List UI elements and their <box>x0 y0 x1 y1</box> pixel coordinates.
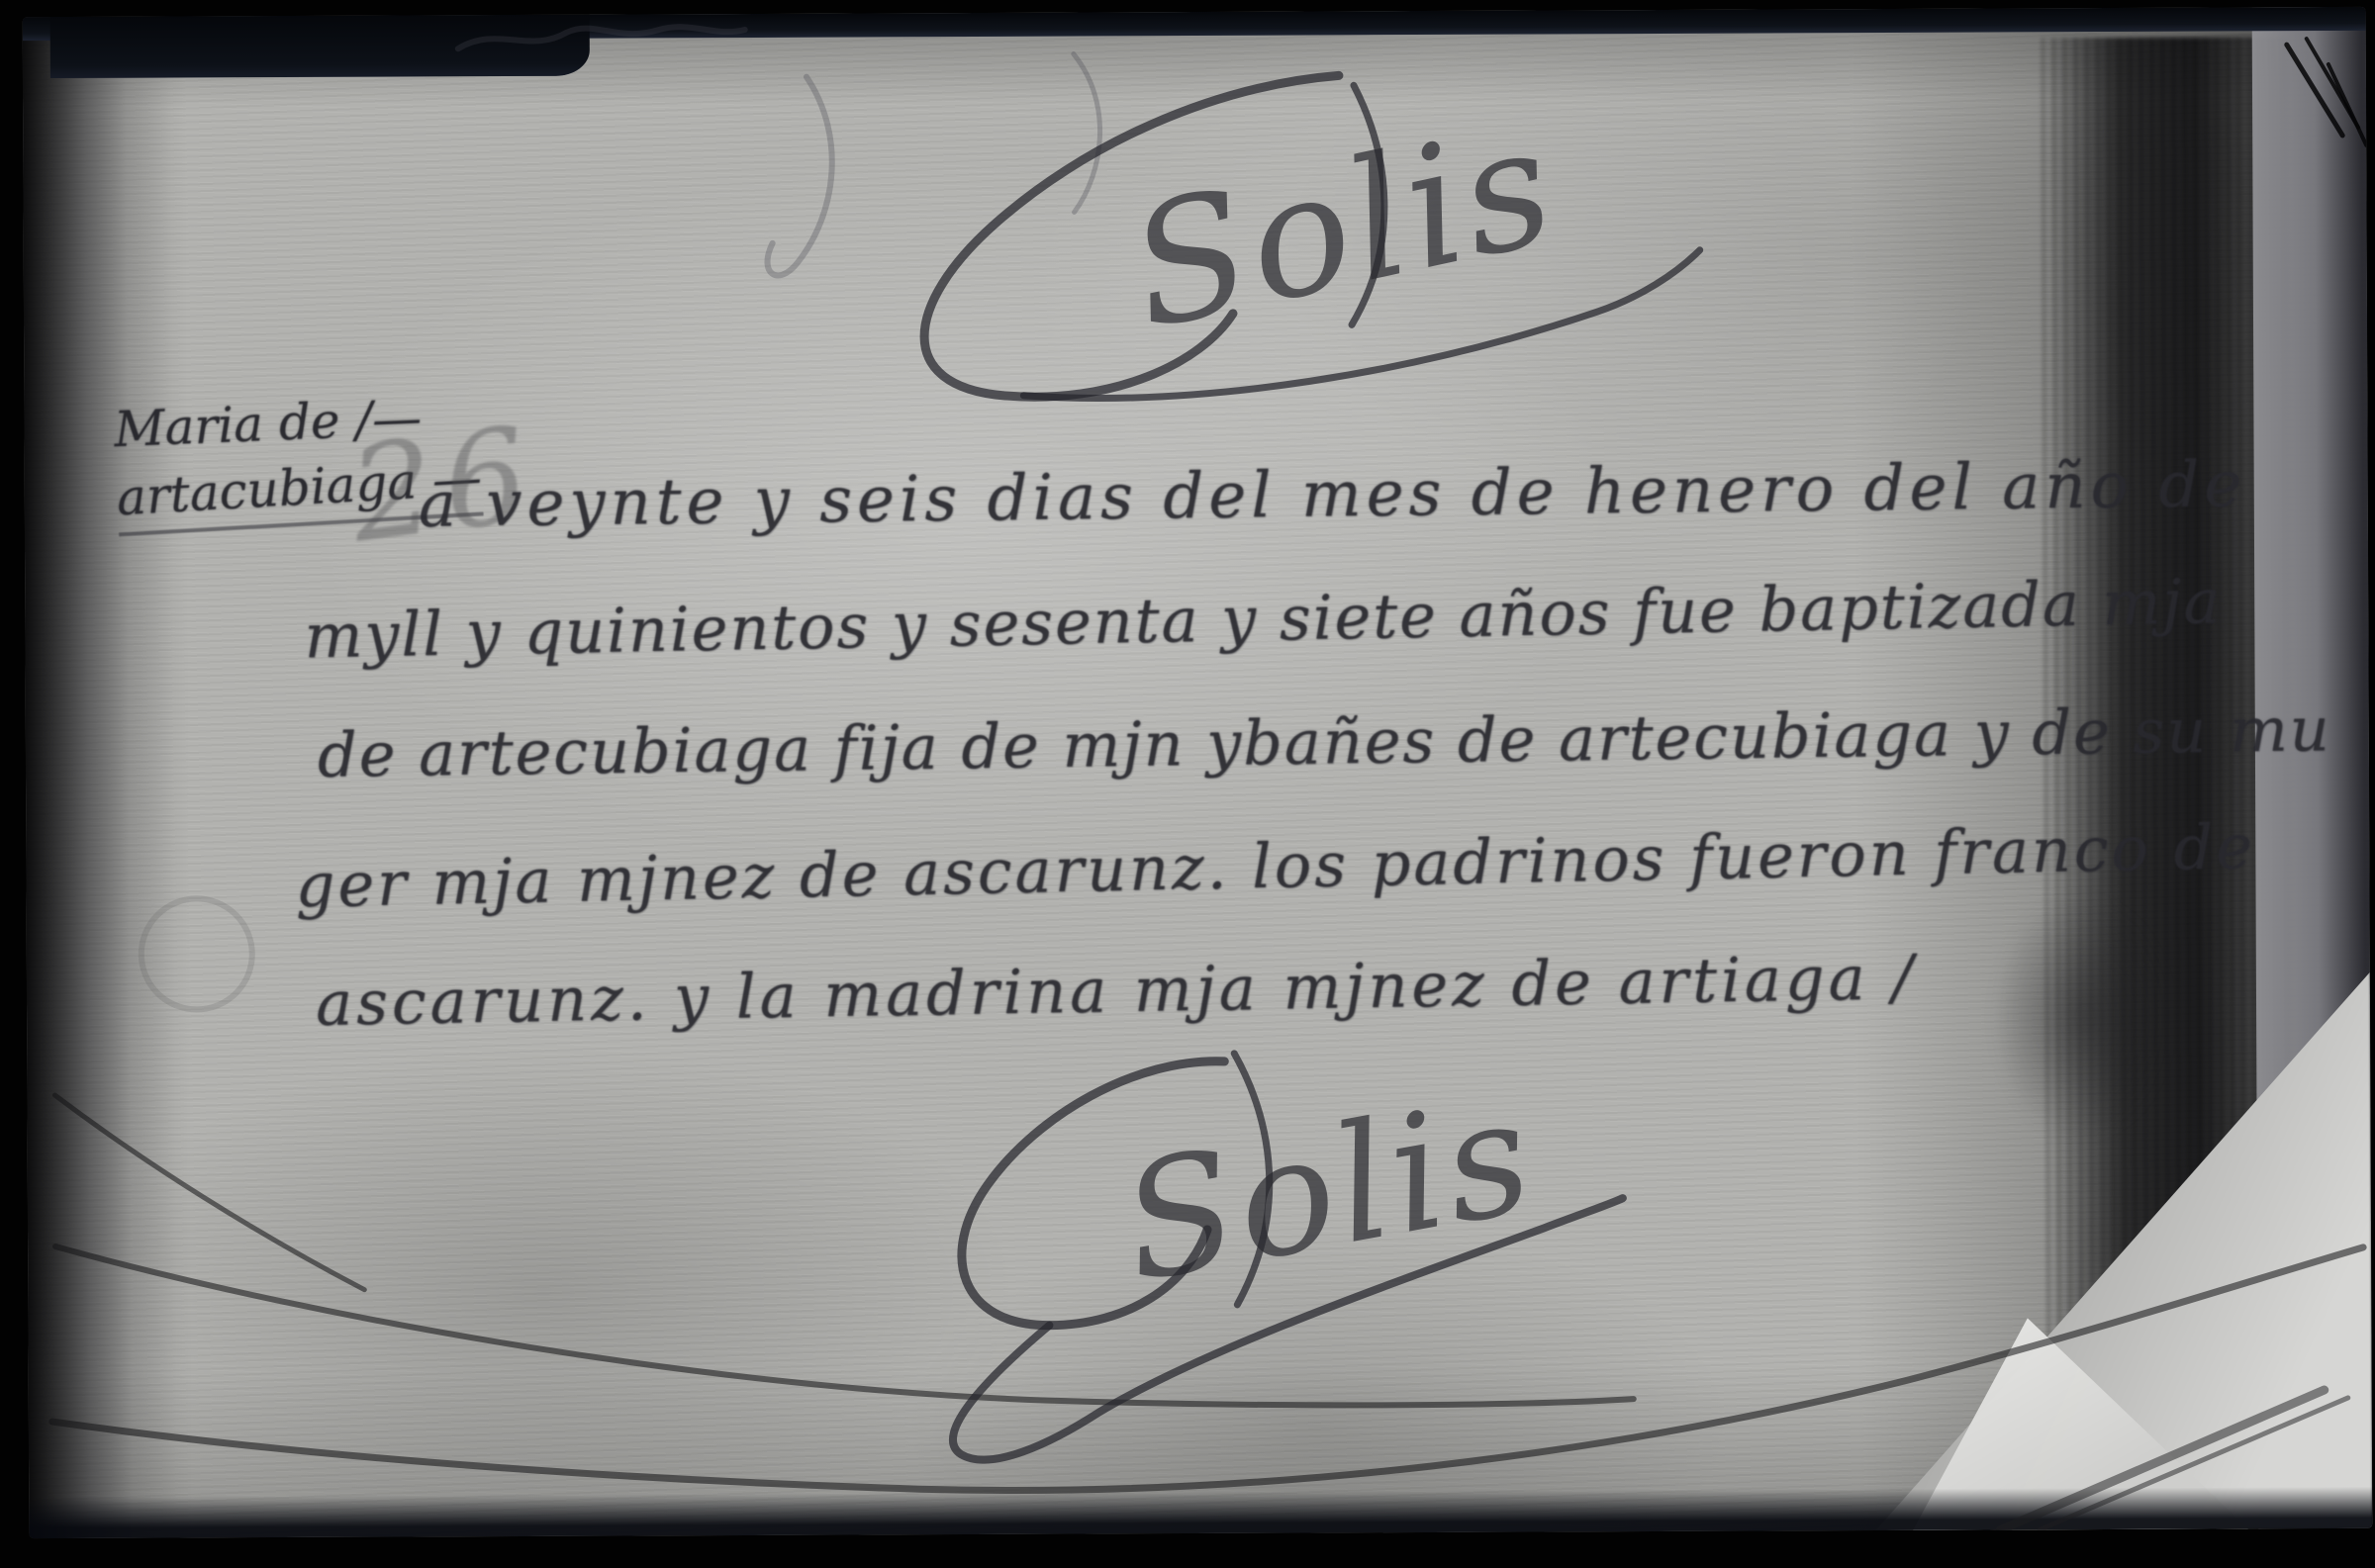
entry-line-2: myll y quinientos y sesenta y siete años… <box>304 565 2223 673</box>
bottom-signature: Solis <box>759 1004 1731 1483</box>
cropped-previous-entry-band-step <box>50 15 590 78</box>
photo-frame: Solis Solis Maria de /— artacubiaga — 26… <box>0 0 2375 1568</box>
plate-bottom-shadow <box>29 1487 2372 1538</box>
plate-left-shadow <box>23 17 178 1539</box>
entry-line-1: a veynte y seis dias del mes de henero d… <box>418 448 2246 542</box>
bottom-signature-name: Solis <box>1110 1062 1548 1319</box>
ink-smudge <box>1991 888 2180 1147</box>
top-signature-name: Solis <box>1114 87 1571 367</box>
entry-line-3: de artecubiaga fija de mjn ybañes de art… <box>317 692 2331 791</box>
entry-line-4: ger mja mjnez de ascarunz. los padrinos … <box>295 810 2256 922</box>
top-signature: Solis <box>785 63 1815 405</box>
glass-plate-photo: Solis Solis Maria de /— artacubiaga — 26… <box>23 7 2373 1538</box>
